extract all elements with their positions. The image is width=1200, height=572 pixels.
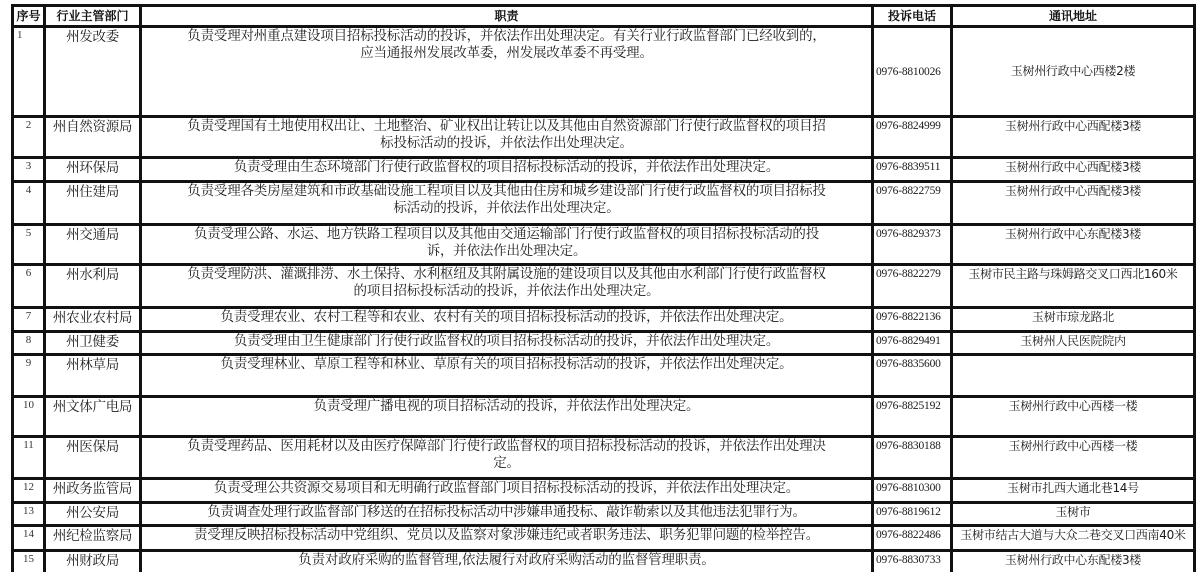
department-name: 州政务监管局 — [45, 479, 141, 503]
duty-line: 负责受理林业、草原工程等和林业、草原有关的项目招标投标活动的投诉，并依法作出处理… — [144, 356, 869, 373]
duty-line: 负责受理由卫生健康部门行使行政监督权的项目招标投标活动的投诉，并依法作出处理决定… — [144, 333, 869, 350]
table-row: 15 州财政局 负责对政府采购的监督管理,依法履行对政府采购活动的监督管理职责。… — [13, 551, 1195, 572]
duty-line: 负责调查处理行政监督部门移送的在招标投标活动中涉嫌串通投标、敲诈勒索以及其他违法… — [144, 504, 869, 521]
duty-line: 标活动的投诉，并依法作出处理决定。 — [144, 200, 869, 217]
duty-line: 负责受理各类房屋建筑和市政基础设施工程项目以及其他由住房和城乡建设部门行使行政监… — [144, 183, 869, 200]
complaint-phone: 0976-8810026 — [873, 27, 952, 117]
row-number: 4 — [13, 182, 45, 225]
table-row: 7 州农业农村局 负责受理农业、农村工程等和农业、农村有关的项目招标投标活动的投… — [13, 308, 1195, 332]
duty-line: 负责受理由生态环境部门行使行政监督权的项目招标投标活动的投诉，并依法作出处理决定… — [144, 159, 869, 176]
department-name: 州医保局 — [45, 437, 141, 479]
table-row: 14 州纪检监察局 责受理反映招标投标活动中党组织、党员以及监察对象涉嫌违纪或者… — [13, 526, 1195, 551]
department-name: 州环保局 — [45, 158, 141, 182]
header-dept: 行业主管部门 — [45, 6, 141, 27]
mailing-address: 玉树州行政中心西配楼3楼 — [952, 117, 1195, 158]
duty-line: 负责对政府采购的监督管理,依法履行对政府采购活动的监督管理职责。 — [144, 552, 869, 569]
mailing-address: 玉树州行政中心西楼一楼 — [952, 437, 1195, 479]
department-name: 州林草局 — [45, 355, 141, 397]
mailing-address: 玉树市扎西大通北巷14号 — [952, 479, 1195, 503]
table-row: 9 州林草局 负责受理林业、草原工程等和林业、草原有关的项目招标投标活动的投诉，… — [13, 355, 1195, 397]
duty-description: 负责受理各类房屋建筑和市政基础设施工程项目以及其他由住房和城乡建设部门行使行政监… — [141, 182, 873, 225]
duty-description: 负责受理农业、农村工程等和农业、农村有关的项目招标投标活动的投诉，并依法作出处理… — [141, 308, 873, 332]
header-phone: 投诉电话 — [873, 6, 952, 27]
department-name: 州住建局 — [45, 182, 141, 225]
department-name: 州农业农村局 — [45, 308, 141, 332]
complaint-phone: 0976-8835600 — [873, 355, 952, 397]
duty-description: 负责受理对州重点建设项目招标投标活动的投诉，并依法作出处理决定。有关行业行政监督… — [141, 27, 873, 117]
table-row: 13 州公安局 负责调查处理行政监督部门移送的在招标投标活动中涉嫌串通投标、敲诈… — [13, 503, 1195, 526]
table-row: 5 州交通局 负责受理公路、水运、地方铁路工程项目以及其他由交通运输部门行使行政… — [13, 225, 1195, 265]
department-name: 州公安局 — [45, 503, 141, 526]
mailing-address: 玉树州行政中心西配楼3楼 — [952, 182, 1195, 225]
duty-description: 负责受理广播电视的项目招标活动的投诉，并依法作出处理决定。 — [141, 397, 873, 437]
complaint-phone: 0976-8829491 — [873, 332, 952, 355]
complaint-phone: 0976-8824999 — [873, 117, 952, 158]
department-name: 州财政局 — [45, 551, 141, 572]
row-number: 2 — [13, 117, 45, 158]
row-number: 7 — [13, 308, 45, 332]
duty-description: 负责受理防洪、灌溉排涝、水土保持、水利枢纽及其附属设施的建设项目以及其他由水利部… — [141, 265, 873, 308]
complaint-phone: 0976-8822486 — [873, 526, 952, 551]
table-row: 6 州水利局 负责受理防洪、灌溉排涝、水土保持、水利枢纽及其附属设施的建设项目以… — [13, 265, 1195, 308]
complaint-phone: 0976-8819612 — [873, 503, 952, 526]
mailing-address: 玉树州行政中心西配楼3楼 — [952, 158, 1195, 182]
complaint-contact-table: 序号 行业主管部门 职责 投诉电话 通讯地址 1 州发改委 负责受理对州重点建设… — [11, 4, 1196, 572]
duty-description: 负责受理公路、水运、地方铁路工程项目以及其他由交通运输部门行使行政监督权的项目招… — [141, 225, 873, 265]
complaint-phone: 0976-8839511 — [873, 158, 952, 182]
duty-line: 诉，并依法作出处理决定。 — [144, 243, 869, 260]
complaint-phone: 0976-8822136 — [873, 308, 952, 332]
duty-line: 定。 — [144, 455, 869, 472]
row-number: 12 — [13, 479, 45, 503]
duty-line: 的项目招标投标活动的投诉，并依法作出处理决定。 — [144, 283, 869, 300]
table-row: 4 州住建局 负责受理各类房屋建筑和市政基础设施工程项目以及其他由住房和城乡建设… — [13, 182, 1195, 225]
row-number: 8 — [13, 332, 45, 355]
duty-line: 负责受理公路、水运、地方铁路工程项目以及其他由交通运输部门行使行政监督权的项目招… — [144, 226, 869, 243]
row-number: 9 — [13, 355, 45, 397]
duty-description: 负责受理药品、医用耗材以及由医疗保障部门行使行政监督权的项目招标投标活动的投诉，… — [141, 437, 873, 479]
duty-line: 标投标活动的投诉，并依法作出处理决定。 — [144, 135, 869, 152]
row-number: 15 — [13, 551, 45, 572]
row-number: 5 — [13, 225, 45, 265]
duty-description: 负责受理由生态环境部门行使行政监督权的项目招标投标活动的投诉，并依法作出处理决定… — [141, 158, 873, 182]
mailing-address: 玉树市民主路与珠姆路交叉口西北160米 — [952, 265, 1195, 308]
row-number: 11 — [13, 437, 45, 479]
row-number: 10 — [13, 397, 45, 437]
duty-description: 负责受理由卫生健康部门行使行政监督权的项目招标投标活动的投诉，并依法作出处理决定… — [141, 332, 873, 355]
mailing-address: 玉树州行政中心西楼一楼 — [952, 397, 1195, 437]
department-name: 州卫健委 — [45, 332, 141, 355]
duty-line: 负责受理药品、医用耗材以及由医疗保障部门行使行政监督权的项目招标投标活动的投诉，… — [144, 438, 869, 455]
table-row: 10 州文体广电局 负责受理广播电视的项目招标活动的投诉，并依法作出处理决定。 … — [13, 397, 1195, 437]
mailing-address: 玉树市琼龙路北 — [952, 308, 1195, 332]
mailing-address: 玉树市 — [952, 503, 1195, 526]
mailing-address: 玉树州行政中心西楼2楼 — [952, 27, 1195, 117]
mailing-address: 玉树州行政中心东配楼3楼 — [952, 225, 1195, 265]
duty-line: 负责受理公共资源交易项目和无明确行政监督部门项目招标投标活动的投诉，并依法作出处… — [144, 480, 869, 497]
duty-line: 负责受理防洪、灌溉排涝、水土保持、水利枢纽及其附属设施的建设项目以及其他由水利部… — [144, 266, 869, 283]
department-name: 州自然资源局 — [45, 117, 141, 158]
duty-description: 负责受理公共资源交易项目和无明确行政监督部门项目招标投标活动的投诉，并依法作出处… — [141, 479, 873, 503]
mailing-address: 玉树州人民医院院内 — [952, 332, 1195, 355]
duty-description: 负责受理林业、草原工程等和林业、草原有关的项目招标投标活动的投诉，并依法作出处理… — [141, 355, 873, 397]
complaint-phone: 0976-8829373 — [873, 225, 952, 265]
department-name: 州纪检监察局 — [45, 526, 141, 551]
complaint-phone: 0976-8810300 — [873, 479, 952, 503]
duty-line: 负责受理农业、农村工程等和农业、农村有关的项目招标投标活动的投诉，并依法作出处理… — [144, 309, 869, 326]
duty-line: 负责受理对州重点建设项目招标投标活动的投诉，并依法作出处理决定。有关行业行政监督… — [144, 28, 869, 45]
duty-line: 应当通报州发展改革委，州发展改革委不再受理。 — [144, 45, 869, 62]
row-number: 14 — [13, 526, 45, 551]
header-duty: 职责 — [141, 6, 873, 27]
mailing-address: 玉树市结古大道与大众二巷交叉口西南40米 — [952, 526, 1195, 551]
table-row: 12 州政务监管局 负责受理公共资源交易项目和无明确行政监督部门项目招标投标活动… — [13, 479, 1195, 503]
mailing-address: 玉树州行政中心东配楼3楼 — [952, 551, 1195, 572]
duty-line: 责受理反映招标投标活动中党组织、党员以及监察对象涉嫌违纪或者职务违法、职务犯罪问… — [144, 527, 869, 544]
department-name: 州文体广电局 — [45, 397, 141, 437]
department-name: 州水利局 — [45, 265, 141, 308]
department-name: 州发改委 — [45, 27, 141, 117]
complaint-phone: 0976-8822279 — [873, 265, 952, 308]
duty-description: 负责受理国有土地使用权出让、土地整治、矿业权出让转让以及其他由自然资源部门行使行… — [141, 117, 873, 158]
complaint-phone: 0976-8830733 — [873, 551, 952, 572]
table-row: 8 州卫健委 负责受理由卫生健康部门行使行政监督权的项目招标投标活动的投诉，并依… — [13, 332, 1195, 355]
table-row: 1 州发改委 负责受理对州重点建设项目招标投标活动的投诉，并依法作出处理决定。有… — [13, 27, 1195, 117]
table-row: 11 州医保局 负责受理药品、医用耗材以及由医疗保障部门行使行政监督权的项目招标… — [13, 437, 1195, 479]
table-row: 2 州自然资源局 负责受理国有土地使用权出让、土地整治、矿业权出让转让以及其他由… — [13, 117, 1195, 158]
department-name: 州交通局 — [45, 225, 141, 265]
row-number: 13 — [13, 503, 45, 526]
mailing-address — [952, 355, 1195, 397]
complaint-phone: 0976-8825192 — [873, 397, 952, 437]
duty-description: 责受理反映招标投标活动中党组织、党员以及监察对象涉嫌违纪或者职务违法、职务犯罪问… — [141, 526, 873, 551]
row-number: 1 — [13, 27, 45, 117]
duty-description: 负责对政府采购的监督管理,依法履行对政府采购活动的监督管理职责。 — [141, 551, 873, 572]
complaint-phone: 0976-8822759 — [873, 182, 952, 225]
duty-line: 负责受理国有土地使用权出让、土地整治、矿业权出让转让以及其他由自然资源部门行使行… — [144, 118, 869, 135]
duty-description: 负责调查处理行政监督部门移送的在招标投标活动中涉嫌串通投标、敲诈勒索以及其他违法… — [141, 503, 873, 526]
row-number: 6 — [13, 265, 45, 308]
header-addr: 通讯地址 — [952, 6, 1195, 27]
row-number: 3 — [13, 158, 45, 182]
header-no: 序号 — [13, 6, 45, 27]
header-row: 序号 行业主管部门 职责 投诉电话 通讯地址 — [13, 6, 1195, 27]
duty-line: 负责受理广播电视的项目招标活动的投诉，并依法作出处理决定。 — [144, 398, 869, 415]
table-row: 3 州环保局 负责受理由生态环境部门行使行政监督权的项目招标投标活动的投诉，并依… — [13, 158, 1195, 182]
complaint-phone: 0976-8830188 — [873, 437, 952, 479]
